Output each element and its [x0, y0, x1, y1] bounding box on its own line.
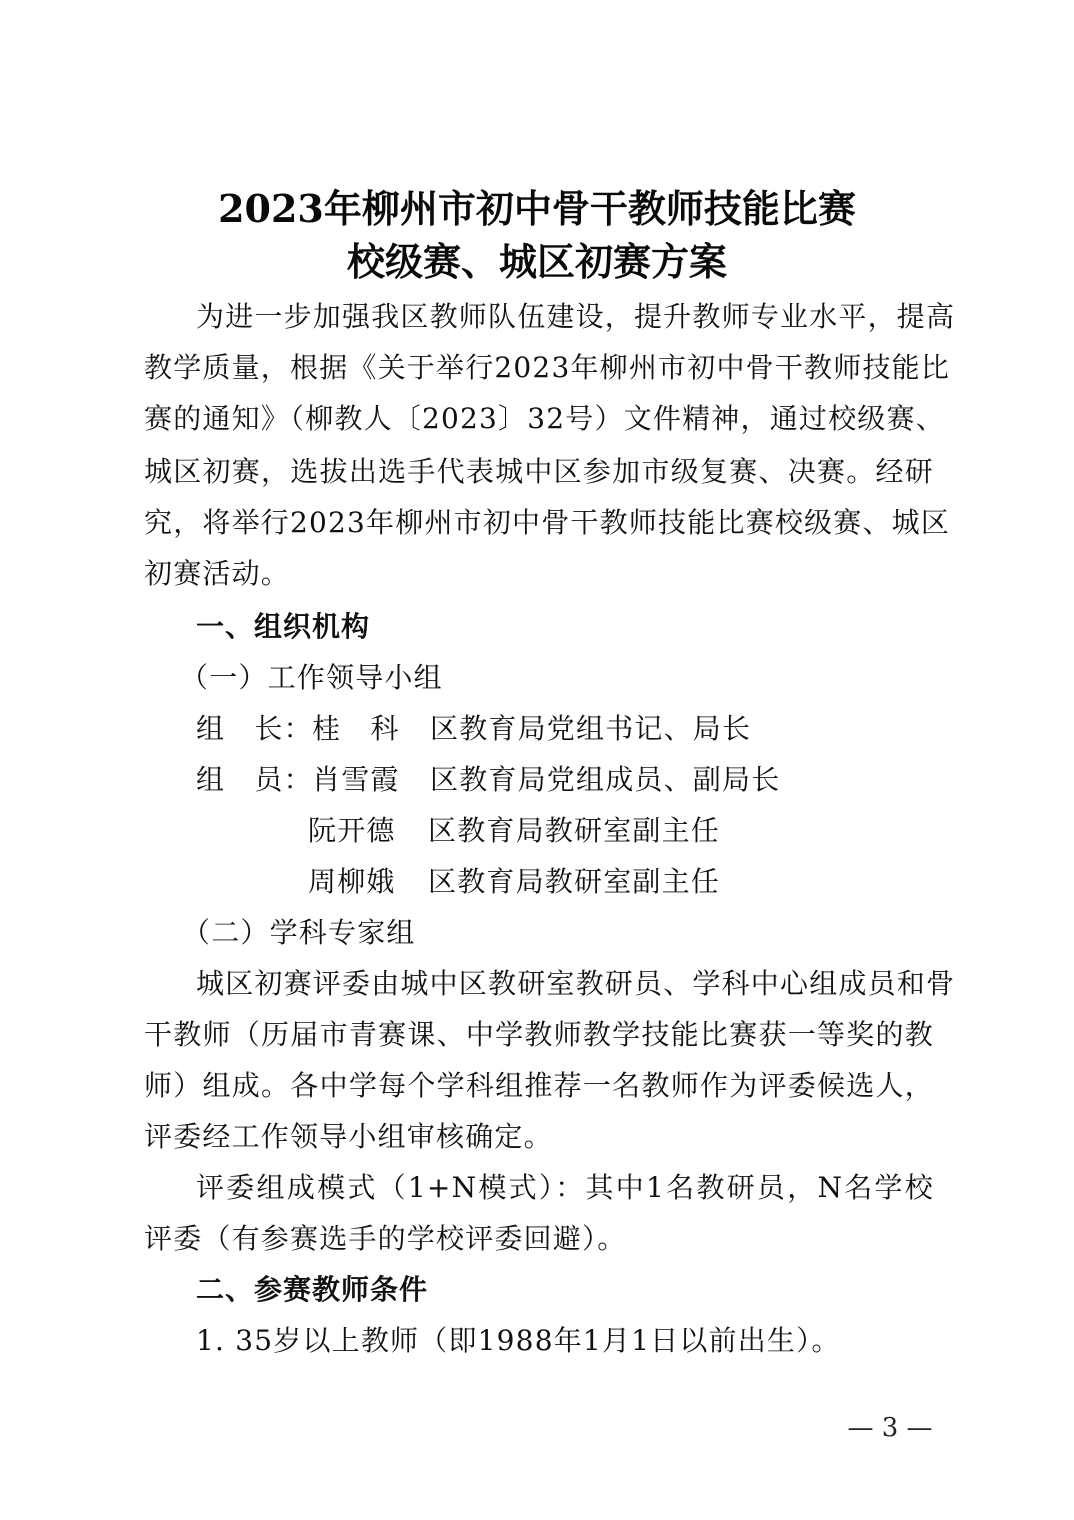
member-name: 肖雪霞: [312, 760, 400, 800]
member-name: 桂 科: [312, 709, 400, 749]
member-position: 区教育局党组成员、副局长: [430, 760, 780, 800]
judges-mode-line-1: 评委组成模式（1+N模式）：其中1名教研员，N名学校: [196, 1168, 934, 1208]
member-role: 组 员：: [196, 760, 313, 800]
experts-line-4: 评委经工作领导小组审核确定。: [144, 1117, 934, 1157]
intro-line-3: 赛的通知》（柳教人〔2023〕32号）文件精神，通过校级赛、: [144, 399, 934, 439]
document-title-line-2: 校级赛、城区初赛方案: [0, 238, 1074, 286]
document-title-line-1: 2023年柳州市初中骨干教师技能比赛: [0, 185, 1074, 233]
document-page: 2023年柳州市初中骨干教师技能比赛 校级赛、城区初赛方案 为进一步加强我区教师…: [0, 0, 1074, 1520]
intro-line-4: 城区初赛，选拔出选手代表城中区参加市级复赛、决赛。经研: [144, 452, 934, 492]
page-number: — 3 —: [840, 1410, 940, 1446]
intro-line-5: 究，将举行2023年柳州市初中骨干教师技能比赛校级赛、城区: [144, 503, 934, 543]
section-heading-organization: 一、组织机构: [196, 607, 934, 647]
member-row-leader: 组 长： 桂 科 区教育局党组书记、局长: [196, 709, 936, 749]
experts-line-1: 城区初赛评委由城中区教研室教研员、学科中心组成员和骨: [196, 964, 934, 1004]
experts-line-2: 干教师（历届市青赛课、中学教师教学技能比赛获一等奖的教: [144, 1015, 934, 1055]
member-name: 周柳娥: [308, 862, 396, 902]
member-name: 阮开德: [308, 811, 396, 851]
member-role: 组 长：: [196, 709, 313, 749]
eligibility-item-1: 1. 35岁以上教师（即1988年1月1日以前出生）。: [196, 1321, 934, 1361]
member-position: 区教育局教研室副主任: [428, 862, 720, 902]
experts-line-3: 师）组成。各中学每个学科组推荐一名教师作为评委候选人，: [144, 1066, 934, 1106]
subsection-heading-leadership: （一）工作领导小组: [180, 658, 970, 698]
intro-line-2: 教学质量，根据《关于举行2023年柳州市初中骨干教师技能比: [144, 348, 934, 388]
member-row-zhou: 周柳娥 区教育局教研室副主任: [196, 862, 936, 902]
member-position: 区教育局教研室副主任: [428, 811, 720, 851]
member-position: 区教育局党组书记、局长: [430, 709, 751, 749]
subsection-heading-experts: （二）学科专家组: [182, 913, 972, 953]
member-row-ruan: 阮开德 区教育局教研室副主任: [196, 811, 936, 851]
judges-mode-line-2: 评委（有参赛选手的学校评委回避）。: [144, 1219, 934, 1259]
intro-line-6: 初赛活动。: [144, 554, 934, 594]
member-row-xiao: 组 员： 肖雪霞 区教育局党组成员、副局长: [196, 760, 936, 800]
section-heading-eligibility: 二、参赛教师条件: [196, 1270, 934, 1310]
intro-line-1: 为进一步加强我区教师队伍建设，提升教师专业水平，提高: [196, 297, 934, 337]
